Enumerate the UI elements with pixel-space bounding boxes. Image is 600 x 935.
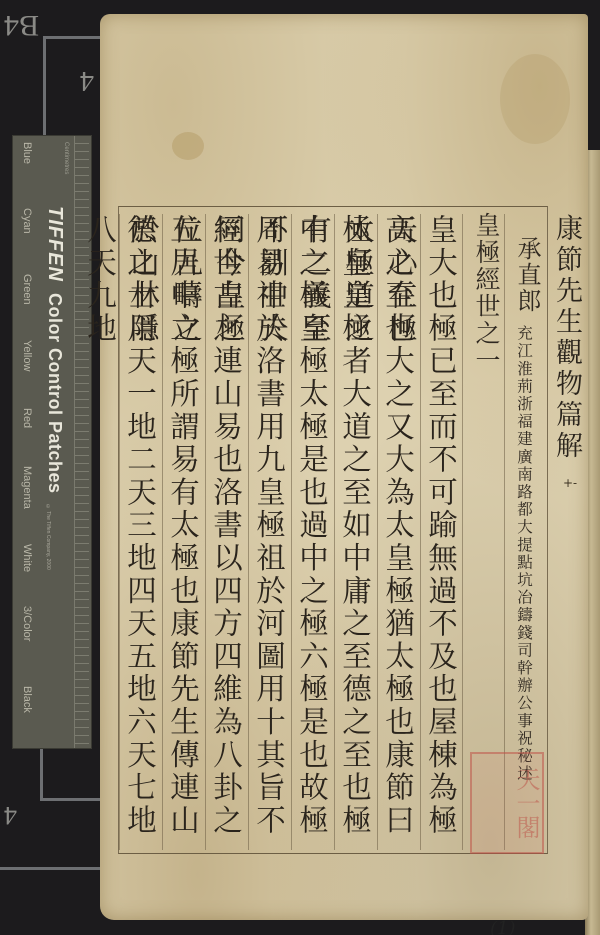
text-column-7: 五居中立極所謂易有太極也康節先生傳連山於山林隱 xyxy=(162,214,203,850)
margin-mark: +- xyxy=(563,476,577,490)
board-label-b4: B4 xyxy=(4,8,39,42)
patch-label-3color: 3/Color xyxy=(21,606,33,641)
text-column-5: 周易祖於洛書用九皇極祖於河圖用十其旨不同今皇極 xyxy=(248,214,289,850)
copyright-label: © The Tiffen Company, 2000 xyxy=(45,504,51,570)
board-frame-line xyxy=(0,867,100,870)
patch-label-green: Green xyxy=(21,274,33,305)
patch-label-red: Red xyxy=(21,408,33,428)
board-label-4: 4 xyxy=(80,64,94,96)
patch-label-blue: Blue xyxy=(21,142,33,164)
board-frame-line xyxy=(43,36,105,39)
patch-label-magenta: Magenta xyxy=(21,466,33,509)
patch-label-white: White xyxy=(21,544,33,572)
text-column-8: 德之士用天一地二天三地四天五地六天七地八天九地 xyxy=(119,214,160,850)
board-frame-line xyxy=(40,748,103,801)
brand-logo: TIFFEN xyxy=(44,206,66,282)
text-column-1: 皇大也極已至而不可踰無過不及也屋棟為極天心在極 xyxy=(420,214,461,850)
text-column-3: 極皇皇極者大道之至如中庸之至德之至也極有二義至 xyxy=(334,214,375,850)
board-label-4-lower: 4 xyxy=(4,800,17,830)
text-column-2: 高之至也大之又大為太皇極猶太極也康節曰太極道之 xyxy=(377,214,418,850)
paper-stain xyxy=(172,132,204,160)
text-column-4: 中之極皇極太極是也過中之極六極是也故極不訓中夫 xyxy=(291,214,332,850)
section-heading: 皇極經世之一 xyxy=(468,212,504,374)
patch-label-black: Black xyxy=(21,686,33,713)
board-frame-line xyxy=(43,36,46,136)
patch-label-cyan: Cyan xyxy=(21,208,33,234)
page-number: (1) xyxy=(490,918,516,935)
paper-stain xyxy=(500,54,570,144)
book-title: 康節先生觀物篇解 xyxy=(548,214,586,850)
tiffen-brand-label: TIFFEN Color Control Patches xyxy=(43,206,66,494)
patch-label-yellow: Yellow xyxy=(21,340,33,371)
ruler-unit-label: Centimetres xyxy=(63,142,69,174)
product-label: Color Control Patches xyxy=(45,293,65,494)
text-column-6: 經世古之連山易也洛書以四方四維為八卦之位九疇之 xyxy=(205,214,246,850)
official-title: 承直郎 xyxy=(510,236,545,314)
red-collector-seal: 天一閣 xyxy=(470,752,544,854)
